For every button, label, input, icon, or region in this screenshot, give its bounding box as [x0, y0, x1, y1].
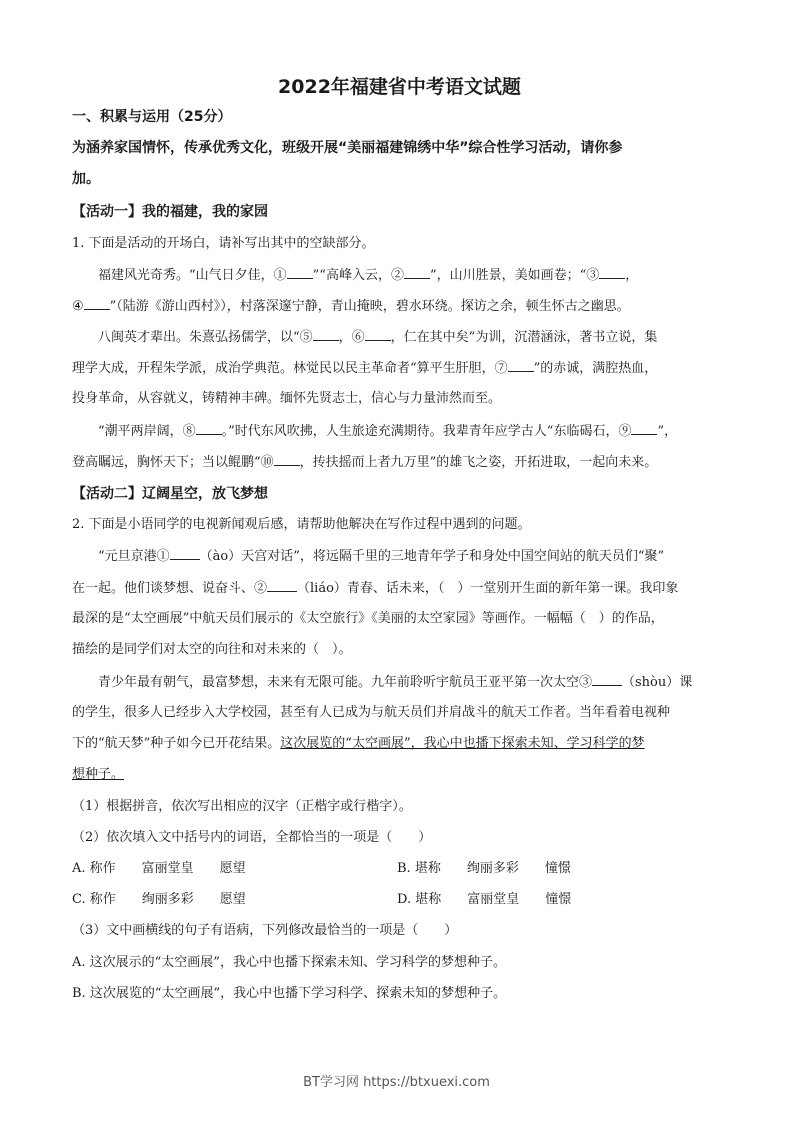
option-b: B. 堪称 绚丽多彩 憧憬: [397, 860, 571, 878]
text: ”“高峰入云，②: [313, 268, 404, 283]
text: 福建风光奇秀。“山气日夕佳，①: [98, 268, 287, 283]
blank: [196, 422, 222, 435]
text: 下的“航天梦”种子如今已开花结果。: [72, 736, 280, 751]
blank: [287, 266, 313, 279]
paragraph-line: 下的“航天梦”种子如今已开花结果。这次展览的“太空画展”，我心中也播下探索未知、…: [72, 735, 645, 753]
section-heading: 一、积累与运用（25分）: [72, 108, 231, 126]
paragraph-line: “元旦京港①（ào）天宫对话”，将远隔千里的三地青年学子和身处中国空间站的航天员…: [72, 547, 664, 566]
text: 。”时代东风吹拂，人生旅途充满期待。我辈青年应学古人“东临碣石，⑨: [222, 424, 632, 439]
paragraph-line: 在一起。他们谈梦想、说奋斗、②（liáo）青春、话未来，（ ）一堂别开生面的新年…: [72, 579, 678, 598]
blank: [631, 422, 657, 435]
text: ，仁在其中矣”为训，沉潜涵泳，著书立说，集: [391, 330, 658, 345]
blank: [170, 547, 200, 560]
text: ，⑥: [339, 330, 365, 345]
underlined-sentence: 这次展览的“太空画展”，我心中也播下探索未知、学习科学的梦: [280, 736, 644, 751]
paragraph-line: 理学大成，开程朱学派，成治学典范。林觉民以民主革命者“算平生肝胆，⑦”的赤诚，满…: [72, 359, 657, 378]
text: “元旦京港①: [98, 549, 170, 564]
sub-question-2: （2）依次填入文中括号内的词语，全都恰当的一项是（ ）: [72, 829, 431, 847]
underlined-sentence-cont: 想种子。: [72, 766, 124, 784]
paragraph-line: 投身革命，从容就义，铸精神丰碑。缅怀先贤志士，信心与力量沛然而至。: [72, 390, 501, 408]
sub-question-3: （3）文中画横线的句子有语病，下列修改最恰当的一项是（ ）: [72, 922, 457, 940]
blank: [274, 453, 300, 466]
paragraph-line: 的学生，很多人已经步入大学校园，甚至有人已成为与航天员们并肩战斗的航天工作者。当…: [72, 704, 670, 722]
text: （ào）天宫对话”，将远隔千里的三地青年学子和身处中国空间站的航天员们“聚”: [200, 549, 665, 564]
paragraph-line: 青少年最有朝气，最富梦想，未来有无限可能。九年前聆听宇航员王亚平第一次太空③（s…: [72, 673, 692, 692]
option-c: C. 称作 绚丽多彩 愿望: [72, 891, 246, 909]
option-d: D. 堪称 富丽堂皇 憧憬: [397, 891, 571, 909]
question-prompt: 1. 下面是活动的开场白，请补写出其中的空缺部分。: [72, 235, 375, 253]
text: 理学大成，开程朱学派，成治学典范。林觉民以民主革命者“算平生肝胆，⑦: [72, 361, 508, 376]
blank: [404, 266, 430, 279]
text: ”（陆游《游山西村》），村落深邃宁静，青山掩映，碧水环绕。探访之余，顿生怀古之幽…: [110, 299, 630, 314]
paragraph-line: ④”（陆游《游山西村》），村落深邃宁静，青山掩映，碧水环绕。探访之余，顿生怀古之…: [72, 297, 630, 316]
blank: [592, 673, 622, 686]
blank: [508, 359, 534, 372]
text: ④: [72, 299, 84, 314]
text: ”，: [657, 424, 677, 439]
text: 在一起。他们谈梦想、说奋斗、②: [72, 581, 267, 596]
text: 青少年最有朝气，最富梦想，未来有无限可能。九年前聆听宇航员王亚平第一次太空③: [98, 675, 592, 690]
option-b: B. 这次展览的“太空画展”，我心中也播下学习科学、探索未知的梦想种子。: [72, 985, 506, 1003]
text: （shòu）课: [622, 675, 692, 690]
text: （liáo）青春、话未来，（ ）一堂别开生面的新年第一课。我印象: [297, 581, 678, 596]
text: 八闽英才辈出。朱熹弘扬儒学，以“⑤: [98, 330, 313, 345]
paragraph-line: 描绘的是同学们对太空的向往和对未来的（ ）。: [72, 641, 352, 659]
paragraph-line: 登高瞩远，胸怀天下；当以鲲鹏“⑩，抟扶摇而上者九万里”的雄飞之姿，开拓进取，一起…: [72, 453, 657, 472]
text: ”的赤诚，满腔热血，: [534, 361, 658, 376]
text: “潮平两岸阔，⑧: [98, 424, 196, 439]
activity-heading: 【活动二】辽阔星空，放飞梦想: [72, 485, 268, 503]
watermark-footer: BT学习网 https://btxuexi.com: [0, 1071, 793, 1090]
page-title: 2022年福建省中考语文试题: [72, 72, 727, 99]
text: ”，山川胜景，美如画卷；“③: [430, 268, 599, 283]
paragraph-line: 最深的是“太空画展”中航天员们展示的《太空旅行》《美丽的太空家园》等画作。一幅幅…: [72, 610, 664, 628]
option-a: A. 这次展示的“太空画展”，我心中也播下探索未知、学习科学的梦想种子。: [72, 954, 506, 972]
intro-text-cont: 加。: [72, 170, 100, 188]
blank: [84, 297, 110, 310]
text: 登高瞩远，胸怀天下；当以鲲鹏“⑩: [72, 455, 274, 470]
blank: [313, 328, 339, 341]
question-prompt: 2. 下面是小语同学的电视新闻观后感，请帮助他解决在写作过程中遇到的问题。: [72, 516, 531, 534]
paragraph-line: “潮平两岸阔，⑧。”时代东风吹拂，人生旅途充满期待。我辈青年应学古人“东临碣石，…: [72, 422, 677, 441]
blank: [267, 579, 297, 592]
option-a: A. 称作 富丽堂皇 愿望: [72, 860, 246, 878]
blank: [365, 328, 391, 341]
text: ，抟扶摇而上者九万里”的雄飞之姿，开拓进取，一起向未来。: [300, 455, 658, 470]
text: ，: [625, 268, 638, 283]
blank: [599, 266, 625, 279]
intro-text: 为涵养家国情怀，传承优秀文化，班级开展“美丽福建锦绣中华”综合性学习活动，请你参: [72, 139, 622, 157]
paragraph-line: 福建风光奇秀。“山气日夕佳，①”“高峰入云，②”，山川胜景，美如画卷；“③，: [72, 266, 638, 285]
activity-heading: 【活动一】我的福建，我的家园: [72, 203, 268, 221]
sub-question-1: （1）根据拼音，依次写出相应的汉字（正楷字或行楷字）。: [72, 798, 412, 816]
paragraph-line: 八闽英才辈出。朱熹弘扬儒学，以“⑤，⑥，仁在其中矣”为训，沉潜涵泳，著书立说，集: [72, 328, 657, 347]
